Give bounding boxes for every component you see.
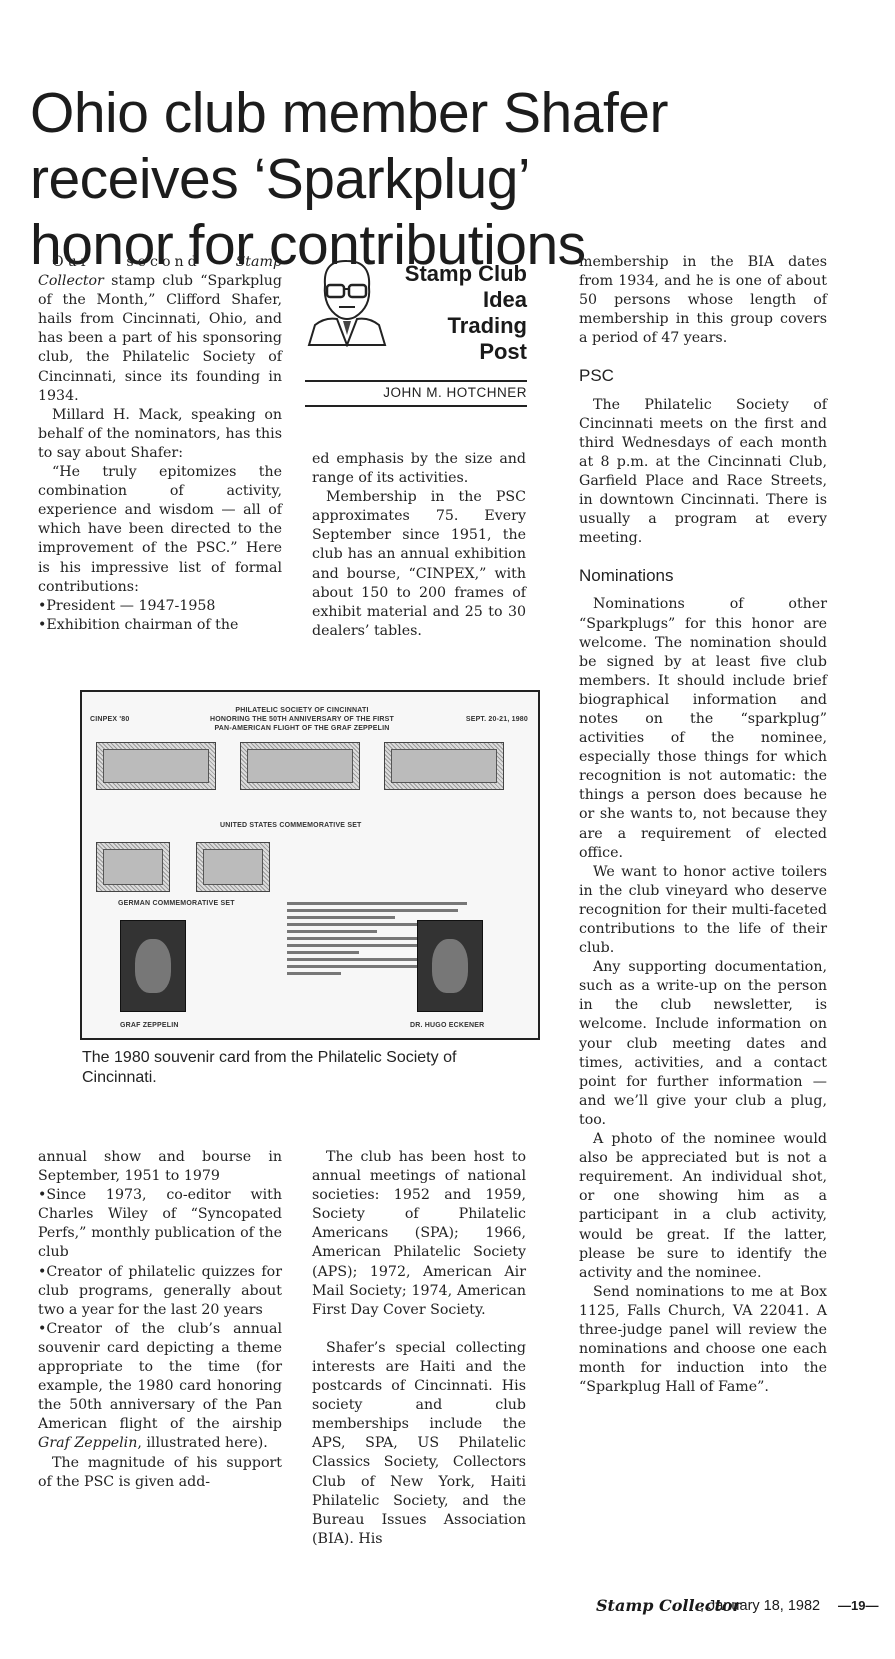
headline: Ohio club member Shafer receives ‘Sparkp… (30, 80, 850, 278)
paragraph: annual show and bourse in September, 195… (38, 1148, 282, 1186)
paragraph: Send nominations to me at Box 1125, Fall… (579, 1283, 827, 1398)
hugo-eckener-portrait (417, 920, 483, 1012)
quote-paragraph: “He truly epitomizes the combination of … (38, 463, 282, 597)
card-header-right: Sept. 20-21, 1980 (466, 716, 528, 723)
paragraph: A photo of the nominee would also be app… (579, 1130, 827, 1283)
column-1-top: Our second Stamp Collector stamp club “S… (38, 253, 282, 635)
card-header-left: CINPEX '80 (90, 716, 129, 723)
left-portrait-label: Graf Zeppelin (120, 1022, 179, 1029)
paragraph: The Philatelic Society of Cincinnati mee… (579, 396, 827, 549)
column-3: membership in the BIA dates from 1934, a… (579, 253, 827, 1397)
bullet-item: President — 1947-1958 (38, 597, 282, 616)
page-number: —19— (838, 1598, 878, 1613)
paragraph: We want to honor active toilers in the c… (579, 863, 827, 958)
subheading-nominations: Nominations (579, 566, 827, 585)
subheading-psc: PSC (579, 366, 827, 385)
card-header-center: Philatelic Society of Cincinnati Honorin… (192, 706, 412, 733)
paragraph: Any supporting documentation, such as a … (579, 958, 827, 1130)
right-portrait-label: Dr. Hugo Eckener (410, 1022, 484, 1029)
us-stamp-2 (240, 742, 360, 790)
paragraph: Nominations of other “Sparkplugs” for th… (579, 595, 827, 862)
figure-caption: The 1980 souvenir card from the Philatel… (82, 1048, 522, 1088)
headline-line-2: receives ‘Sparkplug’ (30, 146, 850, 212)
bullet-item: Creator of philatelic quizzes for club p… (38, 1263, 282, 1320)
column-2-top: ed emphasis by the size and range of its… (312, 450, 526, 641)
publication-date: , January 18, 1982 (700, 1598, 820, 1614)
souvenir-card-image: CINPEX '80 Philatelic Society of Cincinn… (80, 690, 540, 1040)
column-title: Stamp Club Idea Trading Post (405, 261, 527, 365)
paragraph: Shafer’s special collecting interests ar… (312, 1339, 526, 1549)
divider (305, 405, 527, 407)
paragraph: ed emphasis by the size and range of its… (312, 450, 526, 488)
bullet-item: Since 1973, co-editor with Charles Wiley… (38, 1186, 282, 1262)
bullet-item: Exhibition chairman of the (38, 616, 282, 635)
bullet-item: Creator of the club’s annual souvenir ca… (38, 1320, 282, 1454)
paragraph: Membership in the PSC approximates 75. E… (312, 488, 526, 641)
lede-paragraph: Our second Stamp Collector stamp club “S… (38, 253, 282, 406)
german-stamp-2 (196, 842, 270, 892)
paragraph: Millard H. Mack, speaking on behalf of t… (38, 406, 282, 463)
us-stamp-1 (96, 742, 216, 790)
us-set-label: United States Commemorative Set (220, 822, 362, 829)
divider (305, 380, 527, 382)
paragraph: The club has been host to annual meeting… (312, 1148, 526, 1320)
paragraph: membership in the BIA dates from 1934, a… (579, 253, 827, 348)
column-2-bottom: The club has been host to annual meeting… (312, 1148, 526, 1549)
columnist-portrait-icon (305, 255, 387, 347)
column-1-bottom: annual show and bourse in September, 195… (38, 1148, 282, 1492)
column-logo-box: Stamp Club Idea Trading Post JOHN M. HOT… (305, 255, 527, 410)
headline-line-1: Ohio club member Shafer (30, 80, 850, 146)
paragraph: The magnitude of his support of the PSC … (38, 1454, 282, 1492)
german-set-label: German Commemorative Set (118, 900, 235, 907)
us-stamp-3 (384, 742, 504, 790)
column-author: JOHN M. HOTCHNER (305, 385, 527, 400)
german-stamp-1 (96, 842, 170, 892)
graf-zeppelin-portrait (120, 920, 186, 1012)
